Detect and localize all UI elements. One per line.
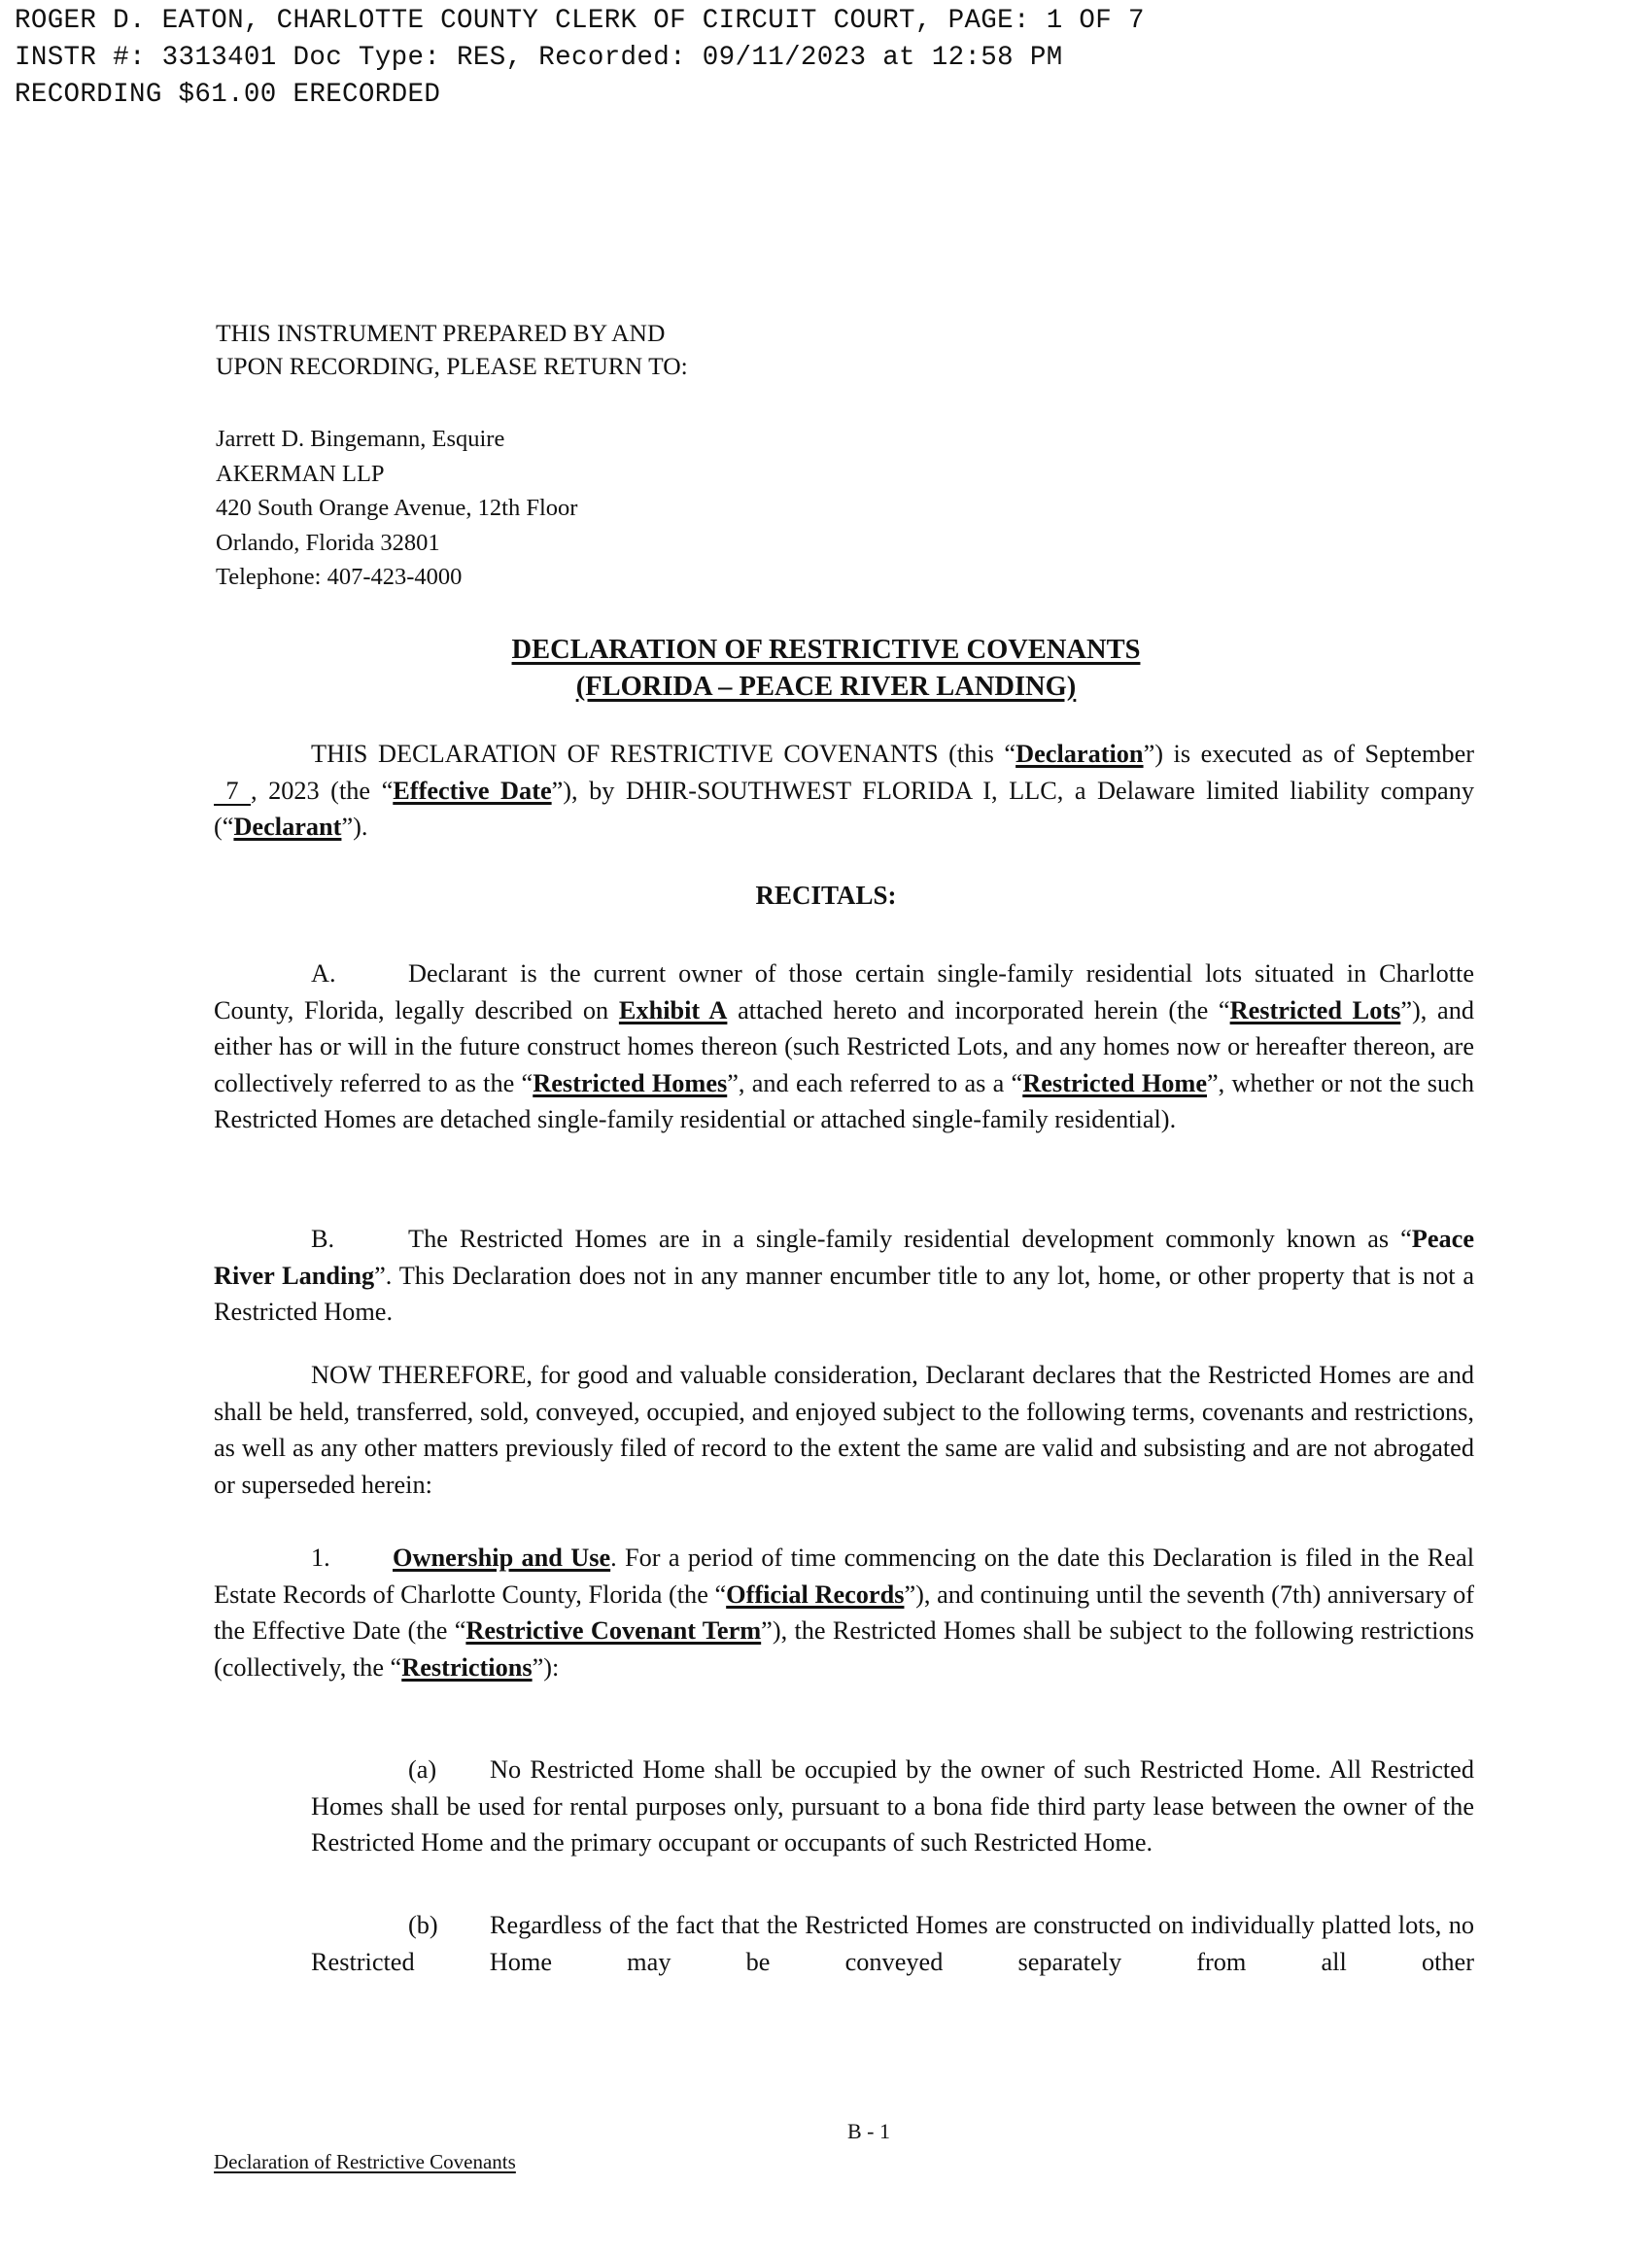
section-1-text: ”): [533, 1653, 560, 1682]
intro-text: ”). [341, 813, 367, 841]
document-title: DECLARATION OF RESTRICTIVE COVENANTS (FL… [0, 632, 1652, 706]
attorney-name: Jarrett D. Bingemann, Esquire [216, 422, 577, 457]
defined-term-effective-date: Effective Date [393, 777, 551, 805]
recital-b-label: B. [311, 1221, 408, 1258]
defined-term-restrictive-covenant-term: Restrictive Covenant Term [465, 1616, 761, 1645]
intro-text: , 2023 (the “ [251, 777, 393, 805]
recital-a: A.Declarant is the current owner of thos… [214, 955, 1474, 1138]
title-line-2: (FLORIDA – PEACE RIVER LANDING) [576, 672, 1077, 702]
section-1-label: 1. [311, 1540, 393, 1577]
section-1-heading: Ownership and Use [393, 1544, 610, 1572]
subsection-b-label: (b) [408, 1907, 490, 1944]
defined-term-declaration: Declaration [1015, 740, 1143, 768]
return-address-block: Jarrett D. Bingemann, Esquire AKERMAN LL… [216, 422, 577, 595]
recording-stamp-line-3: RECORDING $61.00 ERECORDED [15, 80, 440, 110]
city-state-zip: Orlando, Florida 32801 [216, 526, 577, 561]
prepared-by-line-2: UPON RECORDING, PLEASE RETURN TO: [216, 350, 688, 383]
now-therefore-paragraph: NOW THEREFORE, for good and valuable con… [214, 1357, 1474, 1503]
street-address: 420 South Orange Avenue, 12th Floor [216, 491, 577, 526]
defined-term-declarant: Declarant [233, 813, 341, 841]
intro-paragraph: THIS DECLARATION OF RESTRICTIVE COVENANT… [214, 736, 1474, 846]
defined-term-restricted-lots: Restricted Lots [1230, 996, 1401, 1024]
defined-term-restricted-homes: Restricted Homes [533, 1069, 727, 1097]
intro-text: ”) is executed as of September [1144, 740, 1474, 768]
intro-text: THIS DECLARATION OF RESTRICTIVE COVENANT… [311, 740, 1015, 768]
prepared-by-line-1: THIS INSTRUMENT PREPARED BY AND [216, 317, 688, 350]
recital-a-text: attached hereto and incorporated herein … [727, 996, 1229, 1024]
recital-b-text: The Restricted Homes are in a single-fam… [408, 1225, 1412, 1253]
page-number: B - 1 [0, 2119, 1652, 2144]
section-1: 1.Ownership and Use. For a period of tim… [214, 1540, 1474, 1685]
law-firm: AKERMAN LLP [216, 457, 577, 492]
recital-b-text: ”. This Declaration does not in any mann… [214, 1262, 1474, 1327]
exhibit-a-reference: Exhibit A [619, 996, 728, 1024]
recital-a-label: A. [311, 955, 408, 992]
recording-stamp-line-1: ROGER D. EATON, CHARLOTTE COUNTY CLERK O… [15, 6, 1145, 36]
recital-b: B.The Restricted Homes are in a single-f… [214, 1221, 1474, 1331]
document-footer: Declaration of Restrictive Covenants [214, 2150, 516, 2174]
defined-term-restrictions: Restrictions [401, 1653, 532, 1682]
subsection-b: (b)Regardless of the fact that the Restr… [311, 1907, 1474, 1980]
title-line-1: DECLARATION OF RESTRICTIVE COVENANTS [512, 635, 1141, 665]
page-number-text: B - 1 [847, 2119, 890, 2143]
execution-day-blank: 7 [214, 779, 251, 806]
recording-stamp-line-2: INSTR #: 3313401 Doc Type: RES, Recorded… [15, 43, 1063, 73]
recital-a-text: ”, and each referred to as a “ [727, 1069, 1022, 1097]
telephone: Telephone: 407-423-4000 [216, 560, 577, 595]
recitals-heading: RECITALS: [0, 881, 1652, 911]
defined-term-official-records: Official Records [726, 1580, 904, 1609]
subsection-a-label: (a) [408, 1752, 490, 1788]
prepared-by-block: THIS INSTRUMENT PREPARED BY AND UPON REC… [216, 317, 688, 383]
subsection-a: (a)No Restricted Home shall be occupied … [311, 1752, 1474, 1861]
defined-term-restricted-home: Restricted Home [1022, 1069, 1207, 1097]
